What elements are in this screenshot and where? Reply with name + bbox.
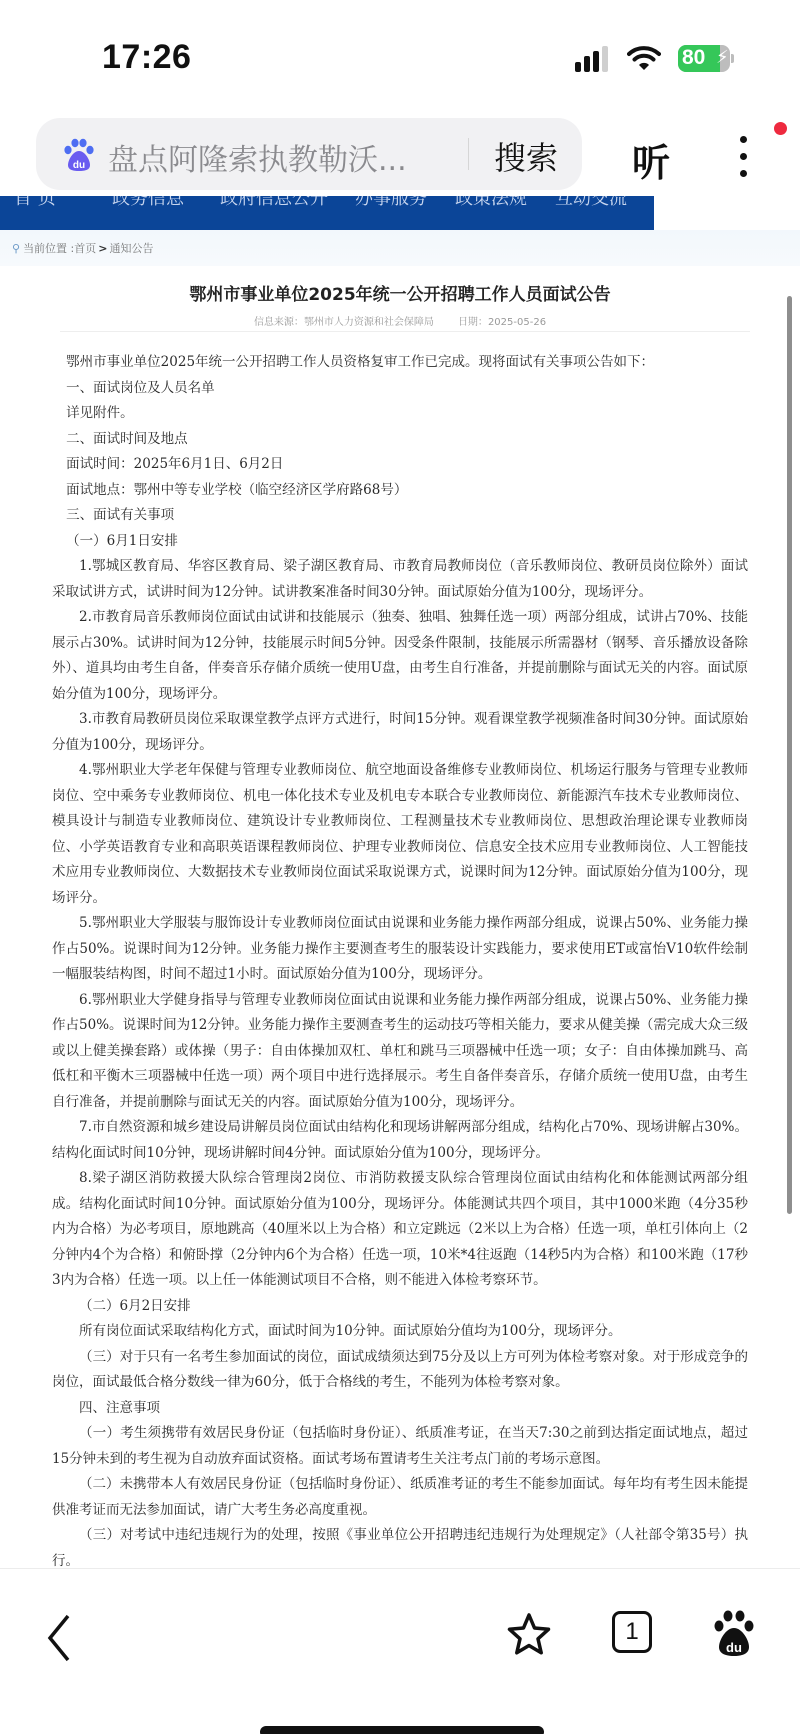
source-value: 鄂州市人力资源和社会保障局 [304,317,434,328]
nav-item-policies[interactable]: 政策法规 [455,196,527,210]
home-indicator[interactable] [260,1726,544,1734]
location-pin-icon: ⚲ [12,242,20,255]
article-paragraph: （三）对于只有一名考生参加面试的岗位，面试成绩须达到75分及以上方可列为体检考察… [52,1345,748,1396]
star-icon[interactable] [505,1611,553,1659]
article-paragraph: 所有岗位面试采取结构化方式，面试时间为10分钟。面试原始分值均为100分，现场评… [52,1319,748,1345]
bottom-toolbar: 1 du [0,1569,800,1734]
divider [468,138,469,170]
svg-text:du: du [726,1640,742,1655]
listen-button[interactable]: 听 [632,132,670,187]
baidu-paw-icon[interactable]: du [712,1609,756,1657]
cellular-signal-icon [575,46,609,72]
site-nav-bar: 首 页 政务信息 政府信息公开 办事服务 政策法规 互动交流 [0,196,654,230]
scrollbar[interactable] [787,296,792,1214]
article-paragraph: 详见附件。 [52,401,748,427]
article-paragraph: 一、面试岗位及人员名单 [52,376,748,402]
article-paragraph: 面试地点：鄂州中等专业学校（临空经济区学府路68号） [52,478,748,504]
notification-dot [774,122,787,135]
article-paragraph: 6.鄂州职业大学健身指导与管理专业教师岗位面试由说课和业务能力操作两部分组成，说… [52,988,748,1116]
breadcrumb-prefix: 当前位置 : [23,242,74,255]
article-paragraph: （三）对考试中违纪违规行为的处理，按照《事业单位公开招聘违纪违规行为处理规定》（… [52,1523,748,1574]
nav-item-information-disclosure[interactable]: 政府信息公开 [220,196,328,210]
search-button[interactable]: 搜索 [494,133,558,179]
charging-bolt-icon: ⚡ [716,47,729,68]
breadcrumb-current-link[interactable]: 通知公告 [109,242,153,255]
more-vertical-icon[interactable] [735,134,751,180]
article-paragraph: 1.鄂城区教育局、华容区教育局、梁子湖区教育局、市教育局教师岗位（音乐教师岗位、… [52,554,748,605]
article-paragraph: 4.鄂州职业大学老年保健与管理专业教师岗位、航空地面设备维修专业教师岗位、机场运… [52,758,748,911]
article-paragraph: 3.市教育局教研员岗位采取课堂教学点评方式进行，时间15分钟。观看课堂教学视频准… [52,707,748,758]
browser-toolbar: du 盘点阿隆索执教勒沃... 搜索 听 [0,110,800,196]
article-paragraph: 二、面试时间及地点 [52,427,748,453]
article-paragraph: 7.市自然资源和城乡建设局讲解员岗位面试由结构化和现场讲解两部分组成，结构化占7… [52,1115,748,1166]
back-chevron-icon[interactable] [42,1613,78,1663]
article-paragraph: 四、注意事项 [52,1396,748,1422]
article-paragraph: 三、面试有关事项 [52,503,748,529]
breadcrumb-bar: ⚲当前位置 :首页>通知公告 [0,230,800,266]
breadcrumb-separator: > [98,242,107,255]
baidu-paw-icon: du [62,138,96,172]
article-meta: 信息来源：鄂州市人力资源和社会保障局日期：2025-05-26 [0,313,800,328]
article-paragraph: （二）未携带本人有效居民身份证（包括临时身份证）、纸质准考证的考生不能参加面试。… [52,1472,748,1523]
article-paragraph: 面试时间：2025年6月1日、6月2日 [52,452,748,478]
wifi-icon [627,44,661,72]
article-body: 鄂州市事业单位2025年统一公开招聘工作人员资格复审工作已完成。现将面试有关事项… [52,350,748,1574]
breadcrumb: ⚲当前位置 :首页>通知公告 [12,240,153,256]
nav-item-services[interactable]: 办事服务 [355,196,427,210]
article-paragraph: 5.鄂州职业大学服装与服饰设计专业教师岗位面试由说课和业务能力操作两部分组成，说… [52,911,748,988]
nav-item-home[interactable]: 首 页 [14,196,56,210]
status-time: 17:26 [102,38,191,77]
status-bar: 17:26 80 ⚡ [0,0,800,110]
battery-charging-icon: 80 ⚡ [678,45,730,72]
nav-item-government-affairs[interactable]: 政务信息 [112,196,184,210]
article-title: 鄂州市事业单位2025年统一公开招聘工作人员面试公告 [0,280,800,305]
article-paragraph: 8.梁子湖区消防救援大队综合管理岗2岗位、市消防救援支队综合管理岗位面试由结构化… [52,1166,748,1294]
search-query-text[interactable]: 盘点阿隆索执教勒沃... [108,135,407,179]
article-paragraph: （一）6月1日安排 [52,529,748,555]
search-box[interactable]: du 盘点阿隆索执教勒沃... 搜索 [36,118,582,190]
date-value: 2025-05-26 [488,317,546,328]
divider [60,331,750,332]
tab-count-button[interactable]: 1 [612,1611,652,1653]
article-paragraph: （二）6月2日安排 [52,1294,748,1320]
date-label: 日期： [458,317,488,328]
svg-text:du: du [73,160,85,171]
battery-percent: 80 [682,46,705,70]
article-paragraph: 2.市教育局音乐教师岗位面试由试讲和技能展示（独奏、独唱、独舞任选一项）两部分组… [52,605,748,707]
article-paragraph: 鄂州市事业单位2025年统一公开招聘工作人员资格复审工作已完成。现将面试有关事项… [52,350,748,376]
nav-item-interaction[interactable]: 互动交流 [555,196,627,210]
breadcrumb-home-link[interactable]: 首页 [74,242,96,255]
article-paragraph: （一）考生须携带有效居民身份证（包括临时身份证）、纸质准考证，在当天7:30之前… [52,1421,748,1472]
battery-cap [731,54,734,63]
source-label: 信息来源： [254,317,304,328]
